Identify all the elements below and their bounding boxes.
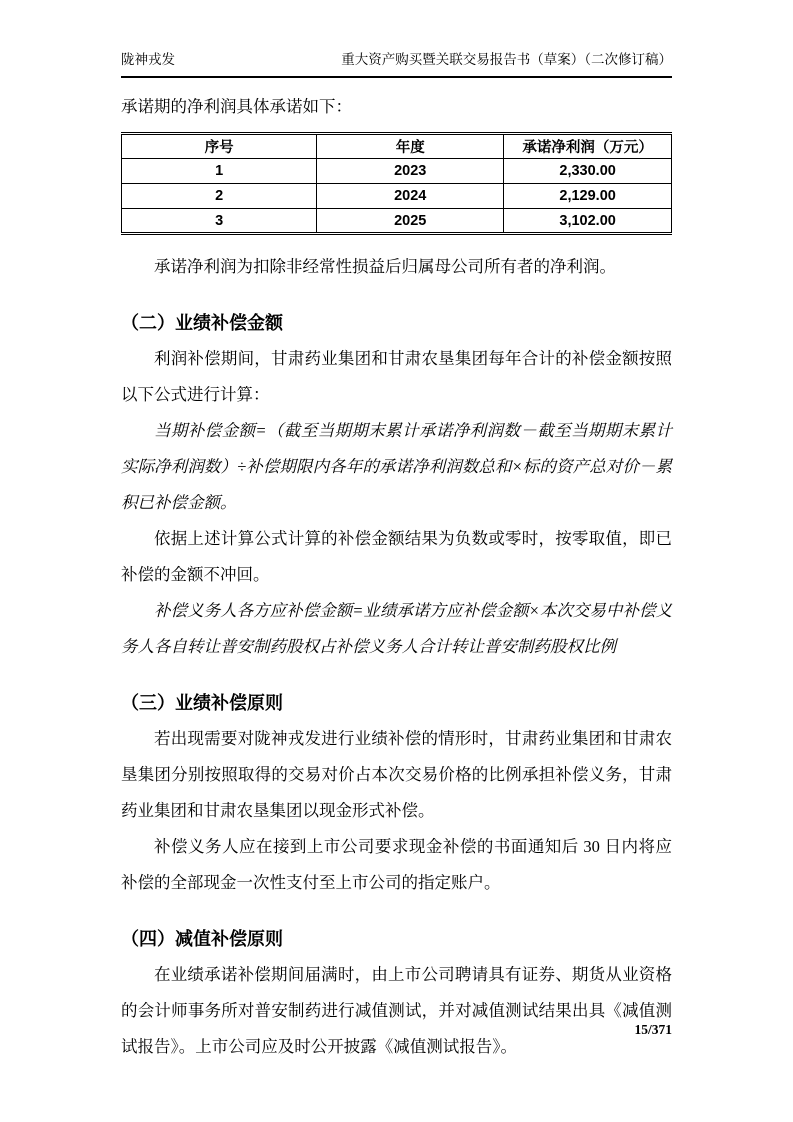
document-page: 陇神戎发 重大资产购买暨关联交易报告书（草案）（二次修订稿） 承诺期的净利润具体…: [0, 0, 793, 1122]
paragraph: 在业绩承诺补偿期间届满时，由上市公司聘请具有证券、期货从业资格的会计师事务所对普…: [121, 957, 672, 1065]
formula-paragraph: 当期补偿金额=（截至当期期末累计承诺净利润数－截至当期期末累计实际净利润数）÷补…: [121, 413, 672, 521]
profit-commitment-table: 序号 年度 承诺净利润（万元） 1 2023 2,330.00 2 2024 2…: [121, 132, 672, 235]
note-paragraph: 承诺净利润为扣除非经常性损益后归属母公司所有者的净利润。: [121, 249, 672, 285]
paragraph: 利润补偿期间，甘肃药业集团和甘肃农垦集团每年合计的补偿金额按照以下公式进行计算：: [121, 341, 672, 413]
page-header: 陇神戎发 重大资产购买暨关联交易报告书（草案）（二次修订稿）: [121, 50, 672, 78]
paragraph: 依据上述计算公式计算的补偿金额结果为负数或零时，按零取值，即已补偿的金额不冲回。: [121, 521, 672, 593]
table-row: 1 2023 2,330.00: [122, 159, 672, 184]
formula-paragraph: 补偿义务人各方应补偿金额=业绩承诺方应补偿金额×本次交易中补偿义务人各自转让普安…: [121, 593, 672, 665]
table-header-cell: 年度: [317, 134, 504, 159]
table-header-cell: 承诺净利润（万元）: [504, 134, 672, 159]
table-cell: 1: [122, 159, 317, 184]
table-row: 2 2024 2,129.00: [122, 184, 672, 209]
page-number: 15/371: [634, 1022, 672, 1038]
table-row: 3 2025 3,102.00: [122, 209, 672, 234]
table-cell: 2025: [317, 209, 504, 234]
header-left: 陇神戎发: [121, 50, 175, 69]
section-heading-3: （三）业绩补偿原则: [121, 689, 672, 715]
table-cell: 3: [122, 209, 317, 234]
paragraph: 若出现需要对陇神戎发进行业绩补偿的情形时，甘肃药业集团和甘肃农垦集团分别按照取得…: [121, 721, 672, 829]
section-heading-4: （四）减值补偿原则: [121, 925, 672, 951]
table-cell: 2,129.00: [504, 184, 672, 209]
table-header-row: 序号 年度 承诺净利润（万元）: [122, 134, 672, 159]
paragraph: 补偿义务人应在接到上市公司要求现金补偿的书面通知后 30 日内将应补偿的全部现金…: [121, 829, 672, 901]
table-cell: 2,330.00: [504, 159, 672, 184]
table-header-cell: 序号: [122, 134, 317, 159]
table-cell: 2023: [317, 159, 504, 184]
section-heading-2: （二）业绩补偿金额: [121, 309, 672, 335]
header-right: 重大资产购买暨关联交易报告书（草案）（二次修订稿）: [341, 50, 672, 69]
table-cell: 2: [122, 184, 317, 209]
table-cell: 2024: [317, 184, 504, 209]
table-cell: 3,102.00: [504, 209, 672, 234]
intro-paragraph: 承诺期的净利润具体承诺如下：: [121, 94, 672, 120]
